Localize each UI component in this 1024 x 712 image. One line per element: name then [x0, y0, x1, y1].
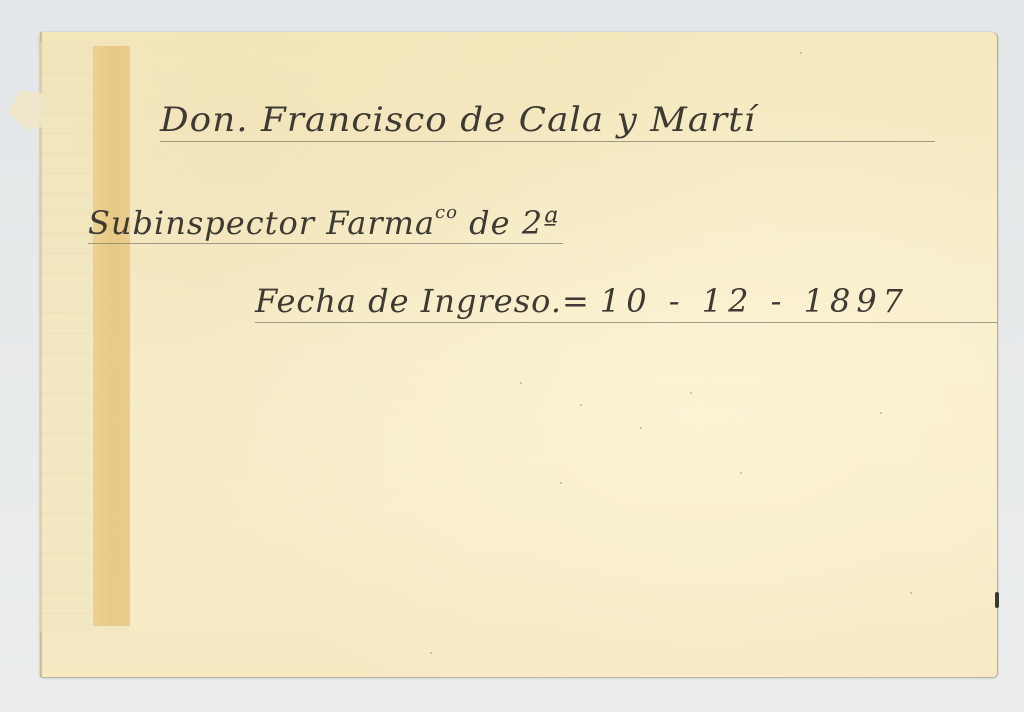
title-superscript: co: [435, 202, 458, 223]
handwritten-name: Don. Francisco de Cala y Martí: [160, 100, 756, 140]
edge-smudge: [995, 592, 999, 608]
name-text: Don. Francisco de Cala y Martí: [160, 100, 756, 140]
rule-line-1: [160, 141, 935, 142]
binding-tape-strip: [93, 46, 130, 626]
title-suffix: de 2ª: [458, 204, 559, 242]
title-text: Subinspector Farma: [88, 204, 435, 242]
rule-line-3: [255, 322, 997, 323]
entry-date-label: Fecha de Ingreso.=: [255, 282, 590, 320]
rule-line-2: [88, 243, 563, 244]
handwritten-title: Subinspector Farmaco de 2ª: [88, 202, 559, 242]
handwritten-entry-date: Fecha de Ingreso.=10 - 12 - 1897: [255, 282, 909, 320]
index-card: Don. Francisco de Cala y Martí Subinspec…: [40, 32, 997, 677]
scan-background: Don. Francisco de Cala y Martí Subinspec…: [0, 0, 1024, 712]
entry-date-value: 10 - 12 - 1897: [600, 282, 909, 320]
